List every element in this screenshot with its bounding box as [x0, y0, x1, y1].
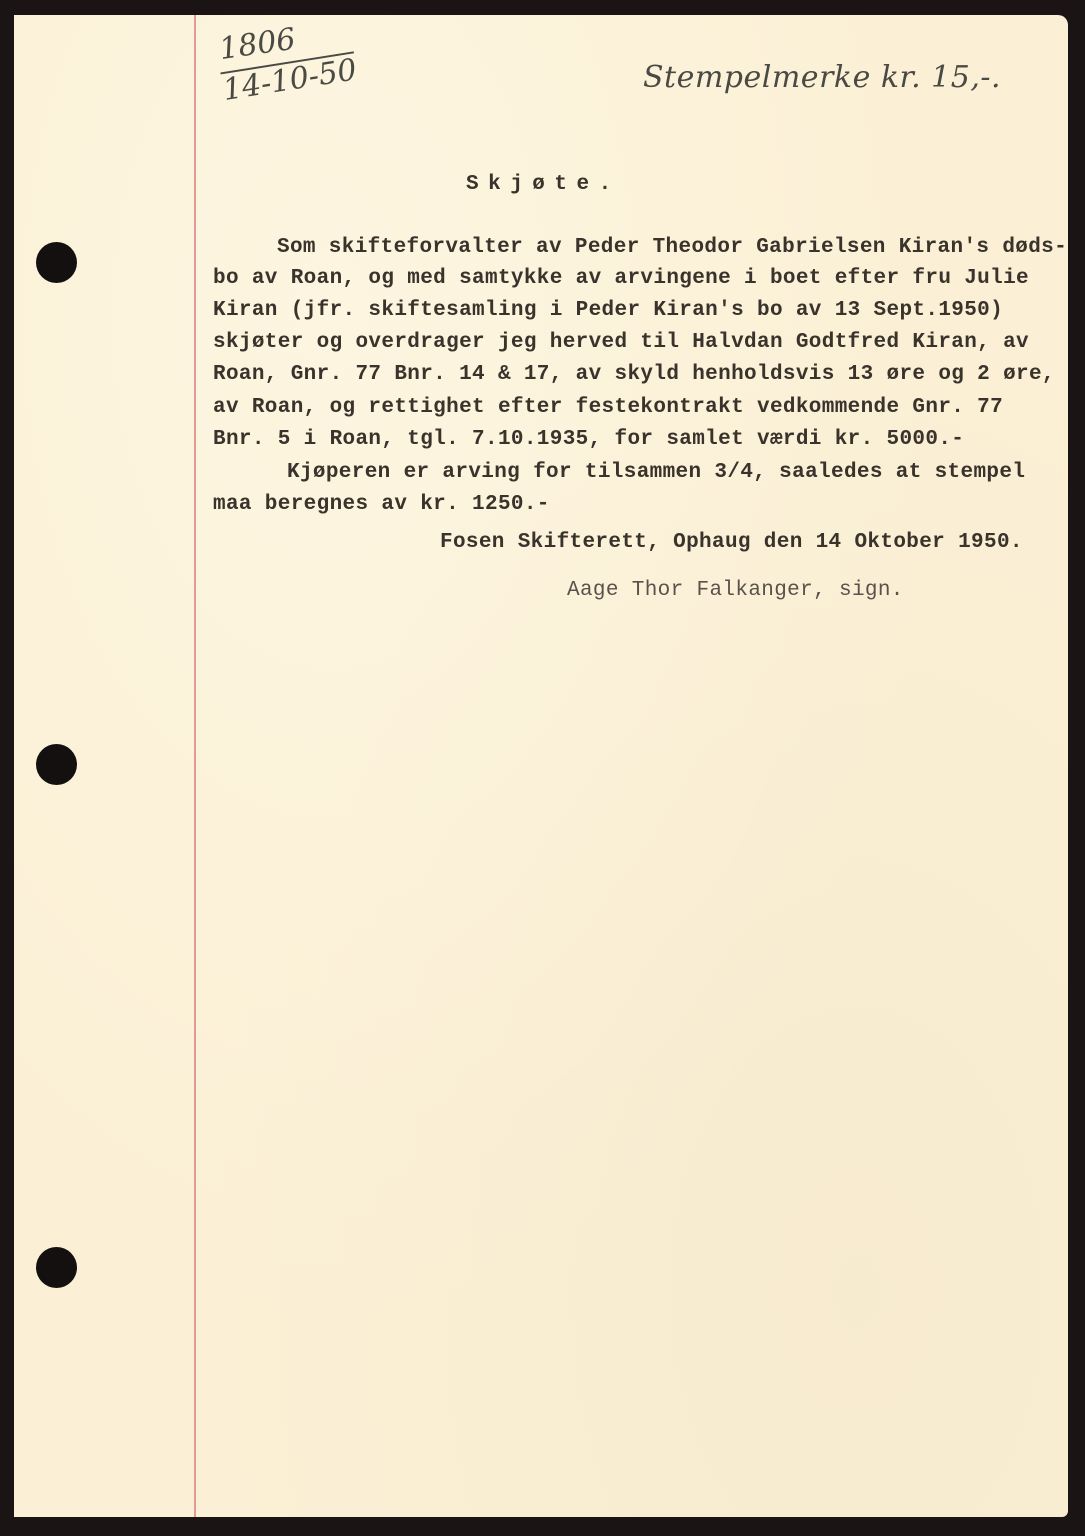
- body-line-7: Bnr. 5 i Roan, tgl. 7.10.1935, for samle…: [213, 427, 964, 453]
- punch-hole-top: [36, 242, 77, 283]
- punch-hole-middle: [36, 744, 77, 785]
- body-line-1: Som skifteforvalter av Peder Theodor Gab…: [277, 235, 1067, 261]
- handwritten-stamp-note: Stempelmerke kr. 15,-.: [643, 60, 1001, 95]
- punch-hole-bottom: [36, 1247, 77, 1288]
- body-line-9: maa beregnes av kr. 1250.-: [213, 492, 550, 518]
- signature-line: Aage Thor Falkanger, sign.: [567, 578, 904, 604]
- body-line-5: Roan, Gnr. 77 Bnr. 14 & 17, av skyld hen…: [213, 362, 1055, 388]
- body-line-2: bo av Roan, og med samtykke av arvingene…: [213, 266, 1029, 292]
- place-date-line: Fosen Skifterett, Ophaug den 14 Oktober …: [440, 530, 1023, 556]
- document-title: Skjøte.: [466, 172, 621, 198]
- red-margin-line: [194, 15, 196, 1517]
- body-line-8: Kjøperen er arving for tilsammen 3/4, sa…: [287, 460, 1025, 486]
- body-line-3: Kiran (jfr. skiftesamling i Peder Kiran'…: [213, 298, 1003, 324]
- body-line-4: skjøter og overdrager jeg herved til Hal…: [213, 330, 1029, 356]
- body-line-6: av Roan, og rettighet efter festekontrak…: [213, 395, 1003, 421]
